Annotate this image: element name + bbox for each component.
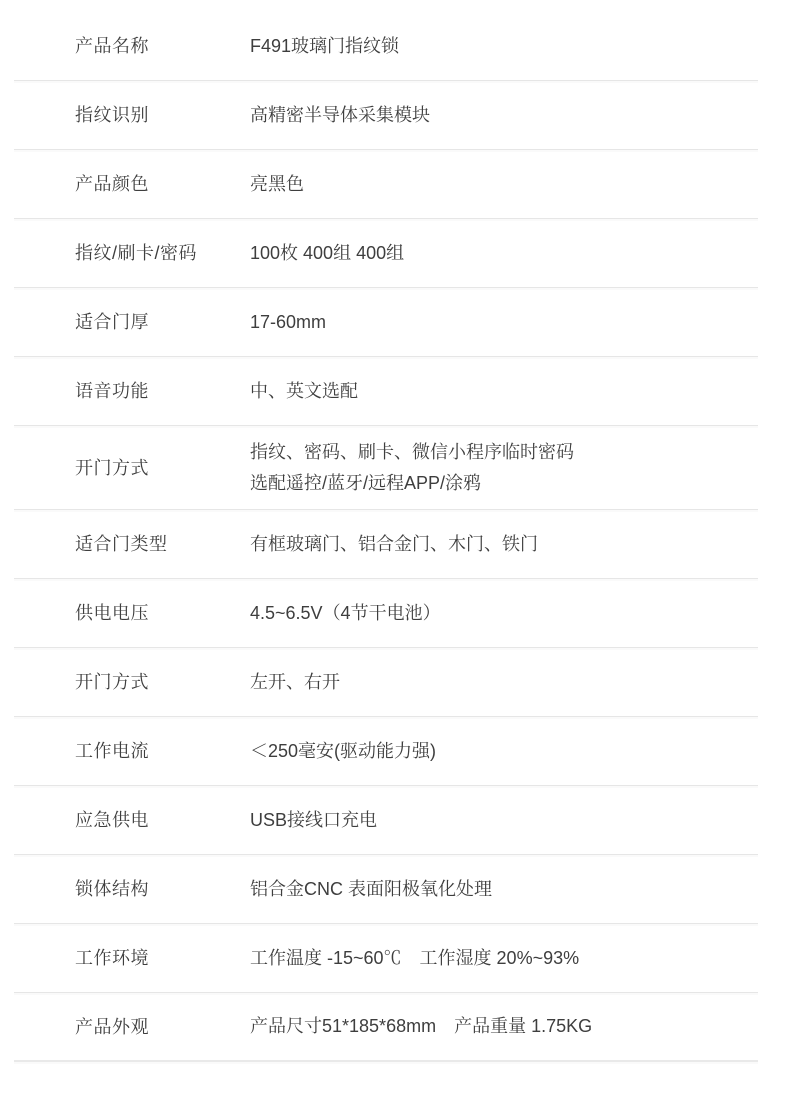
spec-label: 开门方式 — [14, 455, 250, 481]
spec-value: F491玻璃门指纹锁 — [250, 31, 758, 62]
spec-label: 应急供电 — [14, 807, 250, 833]
spec-label: 产品外观 — [14, 1014, 250, 1040]
spec-value: 铝合金CNC 表面阳极氧化处理 — [250, 874, 758, 905]
spec-label: 适合门厚 — [14, 309, 250, 335]
spec-value: 100枚 400组 400组 — [250, 238, 758, 269]
spec-label: 开门方式 — [14, 669, 250, 695]
spec-value: USB接线口充电 — [250, 805, 758, 836]
table-row: 工作环境 工作温度 -15~60℃ 工作湿度 20%~93% — [14, 924, 758, 993]
spec-label: 适合门类型 — [14, 531, 250, 557]
spec-value: 产品尺寸51*185*68mm 产品重量 1.75KG — [250, 1011, 758, 1042]
table-row: 语音功能 中、英文选配 — [14, 357, 758, 426]
table-row: 指纹识别 高精密半导体采集模块 — [14, 81, 758, 150]
table-row: 产品颜色 亮黑色 — [14, 150, 758, 219]
spec-label: 语音功能 — [14, 378, 250, 404]
spec-label: 供电电压 — [14, 600, 250, 626]
table-row: 应急供电 USB接线口充电 — [14, 786, 758, 855]
spec-label: 锁体结构 — [14, 876, 250, 902]
spec-value: ＜250毫安(驱动能力强) — [250, 736, 758, 767]
table-row: 适合门厚 17-60mm — [14, 288, 758, 357]
table-row: 指纹/刷卡/密码 100枚 400组 400组 — [14, 219, 758, 288]
spec-label: 工作电流 — [14, 738, 250, 764]
spec-value: 有框玻璃门、铝合金门、木门、铁门 — [250, 529, 758, 560]
table-row: 产品名称 F491玻璃门指纹锁 — [14, 12, 758, 81]
product-spec-page: 产品名称 F491玻璃门指纹锁 指纹识别 高精密半导体采集模块 产品颜色 亮黑色… — [0, 0, 790, 1103]
spec-label: 产品颜色 — [14, 171, 250, 197]
spec-value: 高精密半导体采集模块 — [250, 100, 758, 131]
spec-label: 指纹识别 — [14, 102, 250, 128]
table-row: 锁体结构 铝合金CNC 表面阳极氧化处理 — [14, 855, 758, 924]
spec-value: 左开、右开 — [250, 667, 758, 698]
table-row: 适合门类型 有框玻璃门、铝合金门、木门、铁门 — [14, 510, 758, 579]
spec-label: 工作环境 — [14, 945, 250, 971]
table-row: 工作电流 ＜250毫安(驱动能力强) — [14, 717, 758, 786]
spec-value: 指纹、密码、刷卡、微信小程序临时密码 选配遥控/蓝牙/远程APP/涂鸦 — [250, 437, 758, 499]
spec-table: 产品名称 F491玻璃门指纹锁 指纹识别 高精密半导体采集模块 产品颜色 亮黑色… — [0, 0, 790, 1062]
spec-label: 产品名称 — [14, 33, 250, 59]
table-row: 产品外观 产品尺寸51*185*68mm 产品重量 1.75KG — [14, 993, 758, 1062]
table-row: 供电电压 4.5~6.5V（4节干电池） — [14, 579, 758, 648]
spec-value: 亮黑色 — [250, 169, 758, 200]
spec-value: 4.5~6.5V（4节干电池） — [250, 598, 758, 629]
spec-value: 中、英文选配 — [250, 376, 758, 407]
spec-value: 工作温度 -15~60℃ 工作湿度 20%~93% — [250, 943, 758, 974]
table-row: 开门方式 指纹、密码、刷卡、微信小程序临时密码 选配遥控/蓝牙/远程APP/涂鸦 — [14, 426, 758, 510]
table-row: 开门方式 左开、右开 — [14, 648, 758, 717]
spec-value: 17-60mm — [250, 307, 758, 338]
spec-label: 指纹/刷卡/密码 — [14, 240, 250, 266]
